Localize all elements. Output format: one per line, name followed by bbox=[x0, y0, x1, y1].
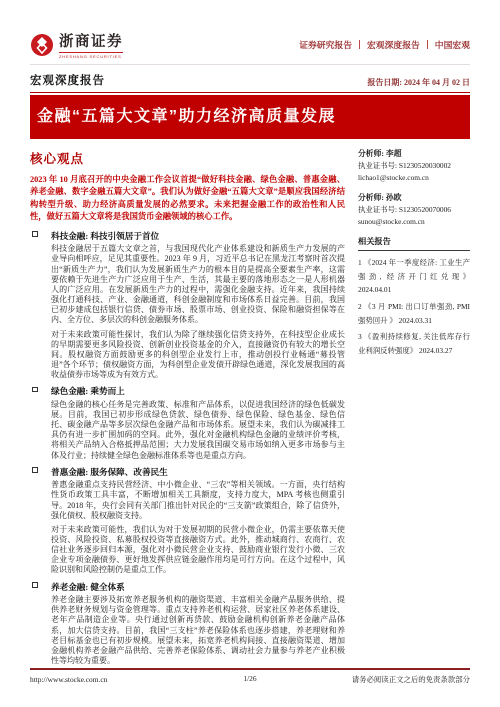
analyst-block: 分析师: 孙欧 执业证书号: S1230520070006 sunou@stoc… bbox=[358, 192, 470, 227]
analyst-email: lichao1@stocke.com.cn bbox=[358, 172, 470, 183]
analyst-cert-number: 执业证书号: S1230520070006 bbox=[358, 204, 470, 215]
brand-name: 浙商证券 bbox=[59, 30, 123, 51]
analyst-cert-number: 执业证书号: S1230520030002 bbox=[358, 160, 470, 171]
section-heading: 绿色金融: 乘势而上 bbox=[30, 385, 345, 397]
nav-item-macro-depth: 宏观深度报告 bbox=[367, 38, 420, 51]
core-view-title: 核心观点 bbox=[30, 149, 345, 167]
section-paragraph: 绿色金融的核心任务是完善政策、标准和产品体系，以促进我国经济的绿色低碳发展。目前… bbox=[30, 400, 345, 461]
square-bullet-icon bbox=[32, 387, 38, 393]
section-paragraph: 对于未来政策可能性，我们认为对于发展初期的民营小微企业，仍需主要依靠天使投资、风… bbox=[30, 525, 345, 576]
square-bullet-icon bbox=[32, 582, 38, 588]
report-category-nav: 证券研究报告 宏观深度报告 中国宏观 bbox=[299, 38, 470, 51]
report-type-label: 宏观深度报告 bbox=[30, 72, 105, 88]
nav-item-china-macro: 中国宏观 bbox=[435, 38, 470, 51]
report-page: 浙商证券 ZHESHANG SECURITIES 证券研究报告 宏观深度报告 中… bbox=[0, 0, 500, 707]
section-heading: 普惠金融: 服务保障、改善民生 bbox=[30, 466, 345, 478]
section-pension-finance: 养老金融: 健全体系 养老金融主要涉及拓宽养老服务机构的融资渠道、丰富相关金融产… bbox=[30, 581, 345, 667]
section-paragraph: 科技金融居于五篇大文章之首，与我国现代化产业体系建设和新质生产力发展的产业导向相… bbox=[30, 244, 345, 325]
related-report-item: 1 《2024 年一季度经济: 工业生产强劲, 经济开门红兑现》 2024.04… bbox=[358, 256, 470, 297]
section-inclusive-finance: 普惠金融: 服务保障、改善民生 普惠金融重点支持民营经济、中小微企业、“三农”等… bbox=[30, 466, 345, 576]
section-title: 养老金融: 健全体系 bbox=[51, 582, 125, 592]
related-reports-title: 相关报告 bbox=[358, 236, 470, 251]
section-tech-finance: 科技金融: 科技引领居于首位 科技金融居于五篇大文章之首，与我国现代化产业体系建… bbox=[30, 230, 345, 381]
related-report-text: 1 《2024 年一季度经济: 工业生产强劲, 经济开门红兑现》 bbox=[358, 258, 470, 281]
zheshang-logo-icon bbox=[30, 33, 54, 57]
top-bar: 浙商证券 ZHESHANG SECURITIES 证券研究报告 宏观深度报告 中… bbox=[30, 30, 470, 65]
meta-row: 宏观深度报告 报告日期: 2024 年 04 月 02 日 bbox=[30, 72, 470, 93]
brand: 浙商证券 ZHESHANG SECURITIES bbox=[30, 30, 123, 59]
section-heading: 科技金融: 科技引领居于首位 bbox=[30, 230, 345, 242]
sidebar: 分析师: 李超 执业证书号: S1230520030002 lichao1@st… bbox=[345, 148, 470, 670]
page-footer: 1/26 http://www.stocke.com.cn 请务必阅读正文之后的… bbox=[30, 668, 470, 685]
section-heading: 养老金融: 健全体系 bbox=[30, 581, 345, 593]
square-bullet-icon bbox=[32, 467, 38, 473]
related-report-date: 2024.04.01 bbox=[358, 285, 391, 294]
brand-text: 浙商证券 ZHESHANG SECURITIES bbox=[59, 30, 123, 59]
analyst-name: 分析师: 李超 bbox=[358, 148, 470, 160]
section-paragraph: 对于未来政策可能性探讨，我们认为除了继续强化信贷支持外，在科技型企业成长的早期需… bbox=[30, 330, 345, 381]
title-banner: 金融“五篇大文章”助力经济高质量发展 bbox=[30, 95, 470, 139]
analyst-block: 分析师: 李超 执业证书号: S1230520030002 lichao1@st… bbox=[358, 148, 470, 183]
analyst-email: sunou@stocke.com.cn bbox=[358, 216, 470, 227]
section-title: 科技金融: 科技引领居于首位 bbox=[51, 231, 159, 241]
footer-url: http://www.stocke.com.cn bbox=[30, 675, 107, 684]
section-paragraph: 普惠金融重点支持民营经济、中小微企业、“三农”等相关领域。一方面，央行结构性货币… bbox=[30, 480, 345, 521]
nav-item-research: 证券研究报告 bbox=[299, 38, 352, 51]
analyst-name: 分析师: 孙欧 bbox=[358, 192, 470, 204]
section-paragraph: 养老金融主要涉及拓宽养老服务机构的融资渠道、丰富相关金融产品服务供给、提供养老财… bbox=[30, 595, 345, 666]
related-report-text: 3 《盈利持续修复, 关注低库存行业利润反转强度》 bbox=[358, 332, 470, 355]
content: 核心观点 2023 年 10 月底召开的中央金融工作会议首提“做好科技金融、绿色… bbox=[30, 148, 470, 670]
related-report-item: 3 《盈利持续修复, 关注低库存行业利润反转强度》 2024.03.27 bbox=[358, 330, 470, 357]
section-title: 绿色金融: 乘势而上 bbox=[51, 386, 125, 396]
section-green-finance: 绿色金融: 乘势而上 绿色金融的核心任务是完善政策、标准和产品体系，以促进我国经… bbox=[30, 385, 345, 460]
report-title: 金融“五篇大文章”助力经济高质量发展 bbox=[37, 108, 336, 125]
related-report-date: 2024.03.31 bbox=[399, 316, 432, 325]
nav-separator bbox=[427, 40, 428, 49]
related-report-date: 2024.03.27 bbox=[419, 346, 452, 355]
nav-separator bbox=[359, 40, 360, 49]
brand-subtitle: ZHESHANG SECURITIES bbox=[59, 52, 123, 59]
related-report-item: 2 《3 月 PMI: 出口订单强劲, PMI 强势回升 》 2024.03.3… bbox=[358, 300, 470, 327]
report-date: 报告日期: 2024 年 04 月 02 日 bbox=[367, 77, 470, 88]
section-title: 普惠金融: 服务保障、改善民生 bbox=[51, 467, 168, 477]
main-column: 核心观点 2023 年 10 月底召开的中央金融工作会议首提“做好科技金融、绿色… bbox=[30, 148, 345, 670]
core-view-text: 2023 年 10 月底召开的中央金融工作会议首提“做好科技金融、绿色金融、普惠… bbox=[30, 174, 345, 224]
footer-disclaimer: 请务必阅读正文之后的免责条款部分 bbox=[352, 674, 470, 685]
square-bullet-icon bbox=[32, 231, 38, 237]
